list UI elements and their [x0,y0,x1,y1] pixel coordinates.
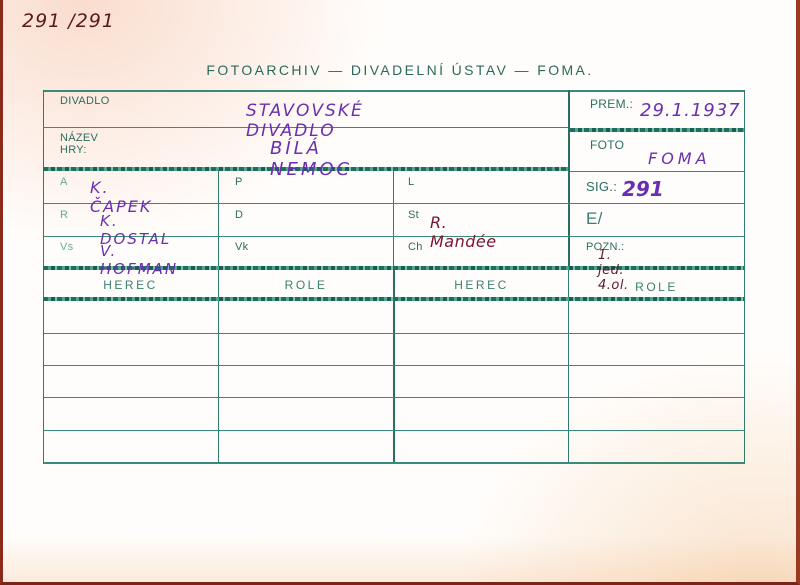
record-form: DIVADLO STAVOVSKÉ DIVADLO NÁZEV HRY: BÍL… [0,0,800,585]
cast-row-divider [43,365,744,366]
vk-label: Vk [235,241,248,253]
sig-value: 291 [622,177,664,201]
a-value: K. ČAPEK [90,178,152,216]
divadlo-label: DIVADLO [60,95,110,107]
nazev-hry-value: BÍLÁ NEMOC [270,138,352,180]
cast-row-divider [43,430,744,431]
st-label: St [408,209,419,221]
d-label: D [235,209,243,221]
divider-foto [570,171,744,172]
cast-header-role-2: ROLE [569,280,744,294]
cast-row-divider [43,397,744,398]
prem-label: PREM.: [590,97,633,111]
vs-label: Vs [60,241,73,253]
ch-label: Ch [408,241,423,253]
foto-label: FOTO [590,138,624,152]
credits-col-1 [218,170,219,268]
foto-value: FOMA [648,149,711,168]
cast-header-role-1: ROLE [219,278,393,292]
prem-value: 29.1.1937 [640,100,741,121]
thick-bar-prem [570,128,744,132]
cast-row-divider [43,333,744,334]
l-label: L [408,176,414,188]
r-label: R [60,209,68,221]
frame-left [43,90,44,463]
frame-bottom [43,462,745,464]
st-value: R. Mandée [430,213,497,251]
frame-top [43,90,745,92]
credits-col-2 [393,170,394,268]
a-label: A [60,176,68,188]
e-label: E/ [586,209,603,229]
cast-header-herec-2: HEREC [395,278,568,292]
nazev-hry-label: NÁZEV HRY: [60,132,98,156]
divadlo-value: STAVOVSKÉ DIVADLO [246,101,364,141]
right-column-divider [568,90,570,268]
cast-header-herec-1: HEREC [43,278,218,292]
frame-right [744,90,745,463]
thick-bar-cast-header [43,297,744,301]
vs-value: V. HOFMAN [100,242,178,278]
p-label: P [235,176,243,188]
sig-label: SIG.: [586,179,617,194]
